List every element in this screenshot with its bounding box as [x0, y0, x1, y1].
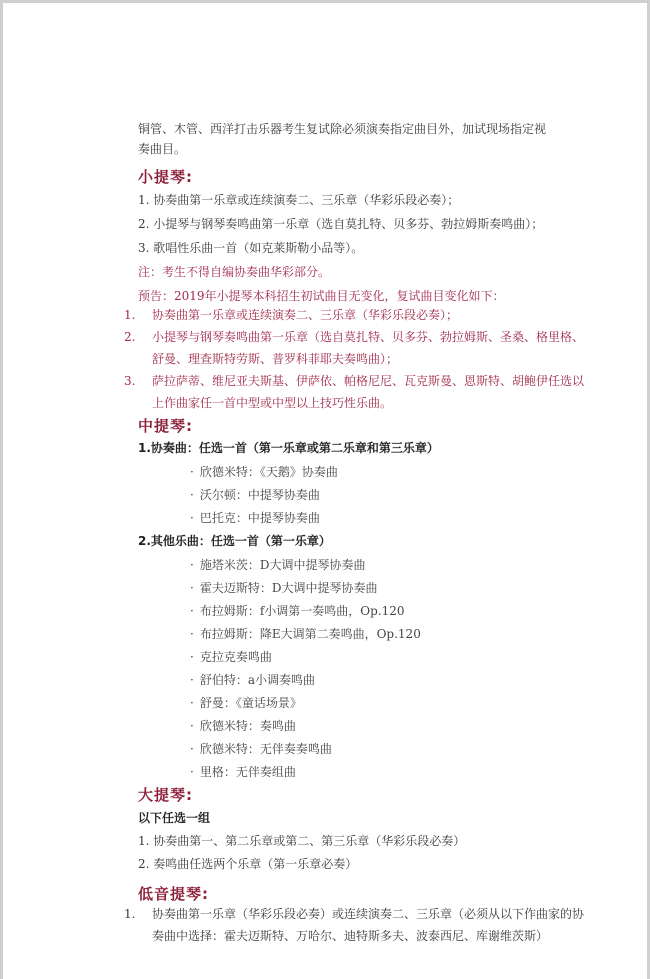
violin-heading: 小提琴: — [138, 166, 193, 187]
violin-note: 注：考生不得自编协奏曲华彩部分。 — [138, 263, 330, 280]
viola-group-1-title: 1.协奏曲：任选一首（第一乐章或第二乐章和第三乐章） — [138, 439, 439, 456]
bass-heading: 低音提琴: — [138, 883, 209, 904]
viola-g2-item: ·欣德米特：无伴奏奏鸣曲 — [190, 740, 332, 757]
cello-heading: 大提琴: — [138, 784, 193, 805]
viola-heading: 中提琴: — [138, 415, 193, 436]
viola-g1-item: ·欣德米特：《天鹅》协奏曲 — [190, 463, 338, 480]
intro-paragraph: 铜管、木管、西洋打击乐器考生复试除必须演奏指定曲目外，加试现场指定视 奏曲目。 — [138, 119, 546, 159]
viola-g2-item: ·克拉克奏鸣曲 — [190, 648, 272, 665]
violin-item-3: 3. 歌唱性乐曲一首（如克莱斯勒小品等）。 — [138, 239, 363, 256]
viola-g2-item: ·欣德米特：奏鸣曲 — [190, 717, 296, 734]
viola-g1-item: ·巴托克：中提琴协奏曲 — [190, 509, 320, 526]
viola-g2-item: ·布拉姆斯：降E大调第二奏鸣曲，Op.120 — [190, 625, 421, 642]
viola-group-2-title: 2.其他乐曲：任选一首（第一乐章） — [138, 532, 331, 549]
violin-preview-item-3: 3.萨拉萨蒂、维尼亚夫斯基、伊萨依、帕格尼尼、瓦克斯曼、恩斯特、胡鲍伊任选以上作… — [138, 370, 592, 414]
violin-item-2: 2. 小提琴与钢琴奏鸣曲第一乐章（选自莫扎特、贝多芬、勃拉姆斯奏鸣曲）； — [138, 215, 543, 232]
cello-subtitle: 以下任选一组 — [138, 809, 210, 826]
cello-item-1: 1. 协奏曲第一、第二乐章或第二、第三乐章（华彩乐段必奏） — [138, 832, 465, 849]
bass-item-1: 1.协奏曲第一乐章（华彩乐段必奏）或连续演奏二、三乐章（必须从以下作曲家的协奏曲… — [138, 903, 592, 947]
violin-preview-item-1: 1.协奏曲第一乐章或连续演奏二、三乐章（华彩乐段必奏）； — [138, 304, 592, 326]
intro-line-1: 铜管、木管、西洋打击乐器考生复试除必须演奏指定曲目外，加试现场指定视 — [138, 119, 546, 139]
viola-g2-item: ·舒伯特：a小调奏鸣曲 — [190, 671, 315, 688]
viola-g2-item: ·施塔米茨：D大调中提琴协奏曲 — [190, 556, 365, 573]
violin-preview: 预告：2019年小提琴本科招生初试曲目无变化，复试曲目变化如下： — [138, 287, 505, 304]
violin-item-1: 1. 协奏曲第一乐章或连续演奏二、三乐章（华彩乐段必奏）； — [138, 191, 459, 208]
document-page: 铜管、木管、西洋打击乐器考生复试除必须演奏指定曲目外，加试现场指定视 奏曲目。 … — [3, 3, 647, 979]
viola-g2-item: ·布拉姆斯：f小调第一奏鸣曲，Op.120 — [190, 602, 405, 619]
cello-item-2: 2. 奏鸣曲任选两个乐章（第一乐章必奏） — [138, 855, 357, 872]
intro-line-2: 奏曲目。 — [138, 139, 546, 159]
viola-g2-item: ·里格：无伴奏组曲 — [190, 763, 296, 780]
violin-preview-item-2: 2.小提琴与钢琴奏鸣曲第一乐章（选自莫扎特、贝多芬、勃拉姆斯、圣桑、格里格、舒曼… — [138, 326, 592, 370]
viola-g1-item: ·沃尔顿：中提琴协奏曲 — [190, 486, 320, 503]
viola-g2-item: ·霍夫迈斯特：D大调中提琴协奏曲 — [190, 579, 377, 596]
viola-g2-item: ·舒曼：《童话场景》 — [190, 694, 302, 711]
